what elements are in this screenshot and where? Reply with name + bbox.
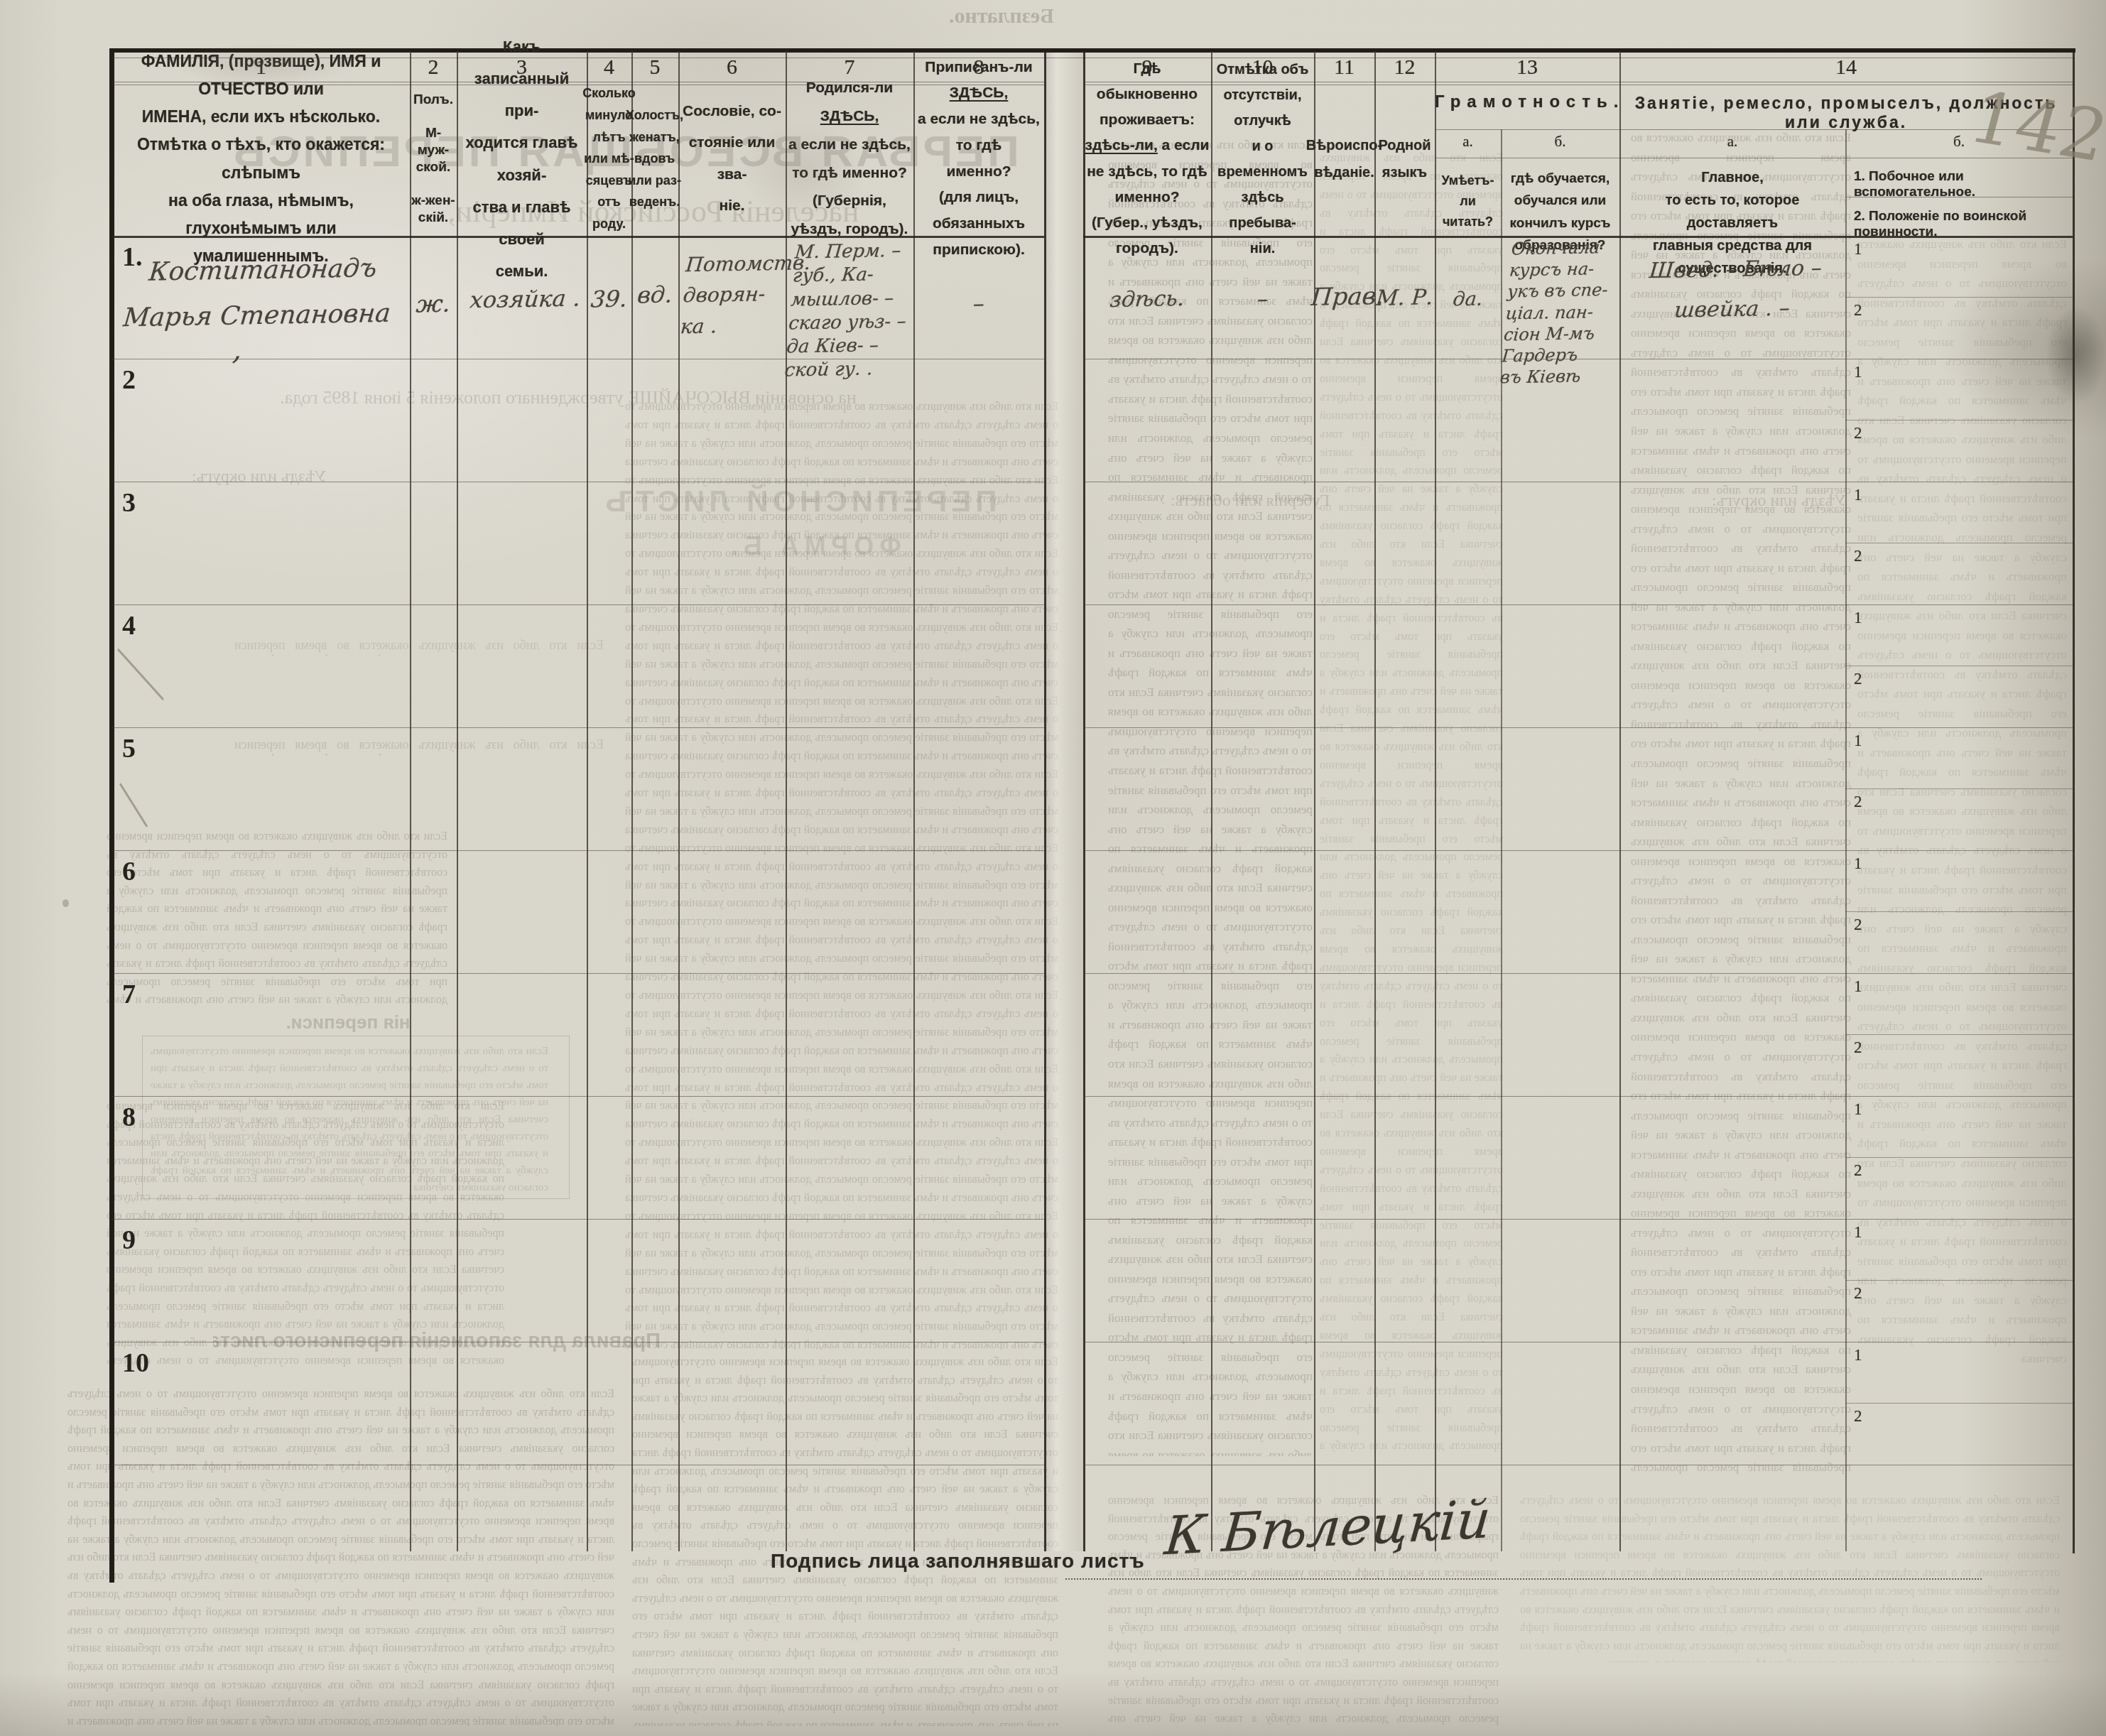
row-number: 7 — [122, 979, 136, 1010]
row-rule — [1083, 973, 2073, 974]
subrow-2: 2 — [1854, 1038, 1862, 1057]
row-rule — [112, 1342, 1044, 1342]
row-rule — [112, 1219, 1044, 1220]
row-number: 5 — [122, 733, 136, 764]
row-rule — [1083, 1219, 2073, 1220]
entry-name-line2: Марья Степановна — [122, 299, 392, 333]
row-rule — [112, 727, 1044, 728]
table-frame-top — [109, 48, 2075, 53]
table-frame-left — [109, 48, 114, 1583]
subrow-1: 1 — [1854, 609, 1862, 627]
subrow-rule — [1845, 911, 2073, 912]
row-number: 1. — [122, 242, 143, 273]
header-registered-text: Приписанъ-ли ЗДѢСЬ, а если не здѣсь, то … — [915, 55, 1043, 264]
subrow-2: 2 — [1854, 1161, 1862, 1180]
row-number: 6 — [122, 856, 136, 887]
entry-relation: хозяйка . — [462, 284, 588, 313]
entry-birthplace: М. Перм. – губ., Ка- мышлов- – скаго уѣз… — [783, 239, 918, 384]
col-line-fold-left — [1044, 51, 1046, 1551]
header-occupation-military: 2. Положеніе по воинской повинности. — [1854, 209, 2067, 240]
entry-religion: Прав. — [1310, 282, 1380, 312]
header-birthplace-text: Родился-ли ЗДѢСЬ, а если не здѣсь, то гд… — [787, 74, 912, 244]
col-number-11: 11 — [1314, 55, 1374, 80]
header-name: ФАМИЛІЯ, (прозвище), ИМЯ и ОТЧЕСТВО или … — [121, 82, 401, 236]
col-number-5: 5 — [631, 55, 678, 80]
col-line — [1314, 51, 1315, 1551]
row-number: 2 — [122, 364, 136, 396]
header-estate: Сословіе, со- стояніе или зва- ніе. — [680, 82, 784, 236]
col-line-14ab — [1845, 129, 1847, 1551]
col-number-2: 2 — [410, 55, 457, 80]
entry-education: Окончила курсъ на- укъ въ спе- ціал. пан… — [1499, 237, 1625, 389]
col-number-6: 6 — [678, 55, 786, 80]
row-number: 4 — [122, 610, 136, 641]
subrow-rule — [1845, 788, 2073, 789]
subrow-2: 2 — [1854, 916, 1862, 934]
subrow-rule — [1845, 543, 2073, 543]
subrow-rule — [1845, 666, 2073, 666]
header-occupation-side: 1. Побочное или вспомогательное. — [1854, 169, 2067, 200]
row-number: 10 — [122, 1347, 149, 1379]
row-rule — [1083, 1342, 2073, 1342]
row-number: 8 — [122, 1102, 136, 1133]
row-rule — [1083, 850, 2073, 851]
subrow-rule — [1845, 420, 2073, 421]
row-rule — [112, 604, 1044, 605]
col-line — [457, 51, 458, 1551]
row-rule — [1083, 727, 2073, 728]
subrow-2: 2 — [1854, 1407, 1862, 1426]
header-birthplace: Родился-ли ЗДѢСЬ, а если не здѣсь, то гд… — [787, 82, 912, 236]
pencil-stroke — [63, 899, 69, 907]
header-literacy-title: Грамотность. — [1435, 92, 1619, 112]
row-rule — [112, 1465, 1044, 1465]
header-literacy-read: Умѣетъ- ли читать? — [1435, 170, 1500, 232]
subrow-1: 1 — [1854, 1346, 1862, 1365]
entry-registered: – — [912, 288, 1046, 318]
entry-absence: – — [1210, 286, 1315, 313]
col-line — [678, 51, 680, 1551]
entry-estate: Потомств. дворян- ка . — [679, 248, 787, 342]
row-rule — [1083, 1096, 2073, 1097]
row-rule — [112, 482, 1044, 482]
subrow-1: 1 — [1854, 240, 1862, 259]
page-fold — [1044, 51, 1083, 1551]
header-sex: Полъ. М-муж- ской. ж-жен- скій. — [410, 82, 457, 236]
entry-name-comma: , — [232, 334, 244, 367]
col-line — [631, 51, 633, 1551]
subrow-2: 2 — [1854, 793, 1862, 811]
header-residence: Гдѣ обыкновенно проживаетъ: здѣсь-ли, а … — [1085, 82, 1210, 236]
col-line — [410, 51, 411, 1551]
bleed-free-label: Безплатно. — [920, 4, 1083, 28]
header-religion: Вѣроиспо- вѣданіе. — [1315, 82, 1373, 236]
subrow-1: 1 — [1854, 486, 1862, 504]
header-relation: Какъ записанный при- ходится главѣ хозяй… — [460, 82, 583, 236]
row-number: 9 — [122, 1225, 136, 1256]
col-line-13ab — [1501, 129, 1502, 1551]
subrow-2: 2 — [1854, 424, 1862, 443]
table-frame-right — [2073, 51, 2075, 1553]
subrow-rule — [1845, 1280, 2073, 1281]
row-rule — [1083, 482, 2073, 482]
col-line-fold-right — [1083, 51, 1085, 1551]
subrow-rule — [1845, 1157, 2073, 1158]
subrow-2: 2 — [1854, 1284, 1862, 1303]
subrow-1: 1 — [1854, 977, 1862, 996]
col-number-14: 14 — [1619, 55, 2073, 80]
header-age: Сколько минуло лѣтъ или мѣ- сяцевъ отъ р… — [587, 82, 631, 236]
header-marital: Холостъ, женатъ, вдовъ или раз- веденъ. — [632, 82, 677, 236]
header-literacy-a-label: а. — [1435, 133, 1501, 151]
entry-language: М. Р. — [1373, 285, 1435, 310]
subrow-1: 1 — [1854, 855, 1862, 873]
row-rule — [112, 973, 1044, 974]
col-number-12: 12 — [1374, 55, 1435, 80]
subrow-1: 1 — [1854, 363, 1862, 381]
col-number-13: 13 — [1435, 55, 1619, 80]
header-registered: Приписанъ-ли ЗДѢСЬ, а если не здѣсь, то … — [915, 82, 1043, 236]
header-residence-text: Гдѣ обыкновенно проживаетъ: здѣсь-ли, а … — [1085, 56, 1210, 261]
subrow-rule — [1845, 1403, 2073, 1404]
col-line — [786, 51, 787, 1551]
col-line — [1211, 51, 1212, 1551]
entry-residence: здѣсь. — [1082, 286, 1212, 313]
row-rule — [1083, 604, 2073, 605]
entry-literate: да. — [1434, 288, 1502, 311]
subrow-2: 2 — [1854, 547, 1862, 565]
row-number: 3 — [122, 487, 136, 519]
subrow-1: 1 — [1854, 1223, 1862, 1242]
subrow-2: 2 — [1854, 301, 1862, 320]
census-table: 1 2 3 4 5 6 7 8 9 10 11 12 13 14 ФАМИЛІЯ… — [112, 51, 2074, 1580]
entry-marital: вд. — [630, 281, 679, 308]
header-absence: Отмѣтка объ отсутствіи, отлучкѣ и о врем… — [1212, 82, 1313, 236]
col-number-4: 4 — [587, 55, 631, 80]
col-line — [587, 51, 588, 1551]
col-line — [1435, 51, 1436, 1551]
subrow-1: 1 — [1854, 1100, 1862, 1119]
entry-age: 39. — [585, 285, 632, 313]
subrow-2: 2 — [1854, 670, 1862, 688]
row-rule — [112, 1096, 1044, 1097]
header-language: Родной языкъ — [1376, 82, 1433, 236]
entry-name-line1: Коститанонадъ — [148, 254, 378, 287]
col-line — [1374, 51, 1376, 1551]
header-occupation-a-label: а. — [1619, 133, 1845, 151]
row-rule — [112, 850, 1044, 851]
row-rule — [1083, 1465, 2073, 1465]
subrow-rule — [1845, 1034, 2073, 1035]
subrow-1: 1 — [1854, 732, 1862, 750]
subrow-rule — [1845, 297, 2073, 298]
header-literacy-b-label: б. — [1501, 133, 1619, 151]
census-sheet-page: { "annotations": { "pencil_number": "142… — [0, 0, 2106, 1736]
entry-occupation: Швед. – Бѣло – швейка . – — [1622, 248, 1846, 330]
entry-sex: ж. — [408, 289, 458, 318]
